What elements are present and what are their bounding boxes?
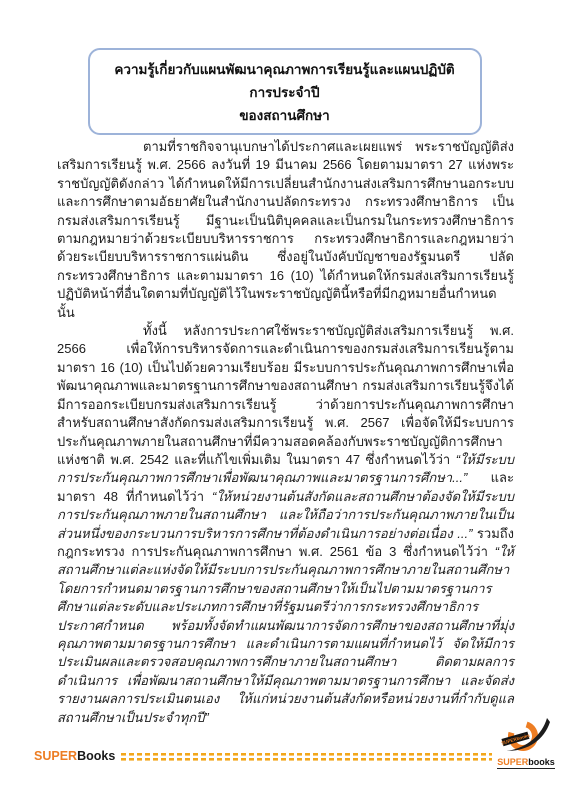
- page-title-line-1: ความรู้เกี่ยวกับแผนพัฒนาคุณภาพการเรียนรู…: [106, 58, 464, 104]
- logo-wordmark: SUPERbooks: [497, 757, 555, 769]
- superbooks-logo: SUPERbooks SUPERbooks: [495, 717, 557, 769]
- paragraph-2: ทั้งนี้ หลังการประกาศใช้พระราชบัญญัติส่ง…: [57, 322, 514, 727]
- page-title-line-2: ของสถานศึกษา: [239, 104, 329, 127]
- document-page: ความรู้เกี่ยวกับแผนพัฒนาคุณภาพการเรียนรู…: [0, 0, 569, 799]
- paragraph-1-text: ตามที่ราชกิจจานุเบกษาได้ประกาศและเผยแพร่…: [57, 139, 514, 320]
- footer-brand: SUPERBooks: [34, 749, 115, 763]
- paragraph-1: ตามที่ราชกิจจานุเบกษาได้ประกาศและเผยแพร่…: [57, 138, 514, 322]
- superbooks-swoosh-icon: SUPERbooks: [501, 717, 551, 759]
- footer: SUPERBooks SUPERbooks SUPERbooks: [34, 717, 557, 763]
- document-body: ตามที่ราชกิจจานุเบกษาได้ประกาศและเผยแพร่…: [57, 138, 514, 727]
- footer-dashed-divider: [121, 753, 492, 761]
- footer-brand-books: Books: [77, 749, 115, 763]
- paragraph-2-quote-3: “ให้สถานศึกษาแต่ละแห่งจัดให้มีระบบการประ…: [57, 544, 514, 725]
- title-box: ความรู้เกี่ยวกับแผนพัฒนาคุณภาพการเรียนรู…: [88, 48, 482, 135]
- logo-wordmark-super: SUPER: [497, 757, 528, 767]
- paragraph-2-seg-1: ทั้งนี้ หลังการประกาศใช้พระราชบัญญัติส่ง…: [57, 323, 514, 467]
- footer-brand-super: SUPER: [34, 749, 77, 763]
- logo-wordmark-books: books: [528, 757, 555, 767]
